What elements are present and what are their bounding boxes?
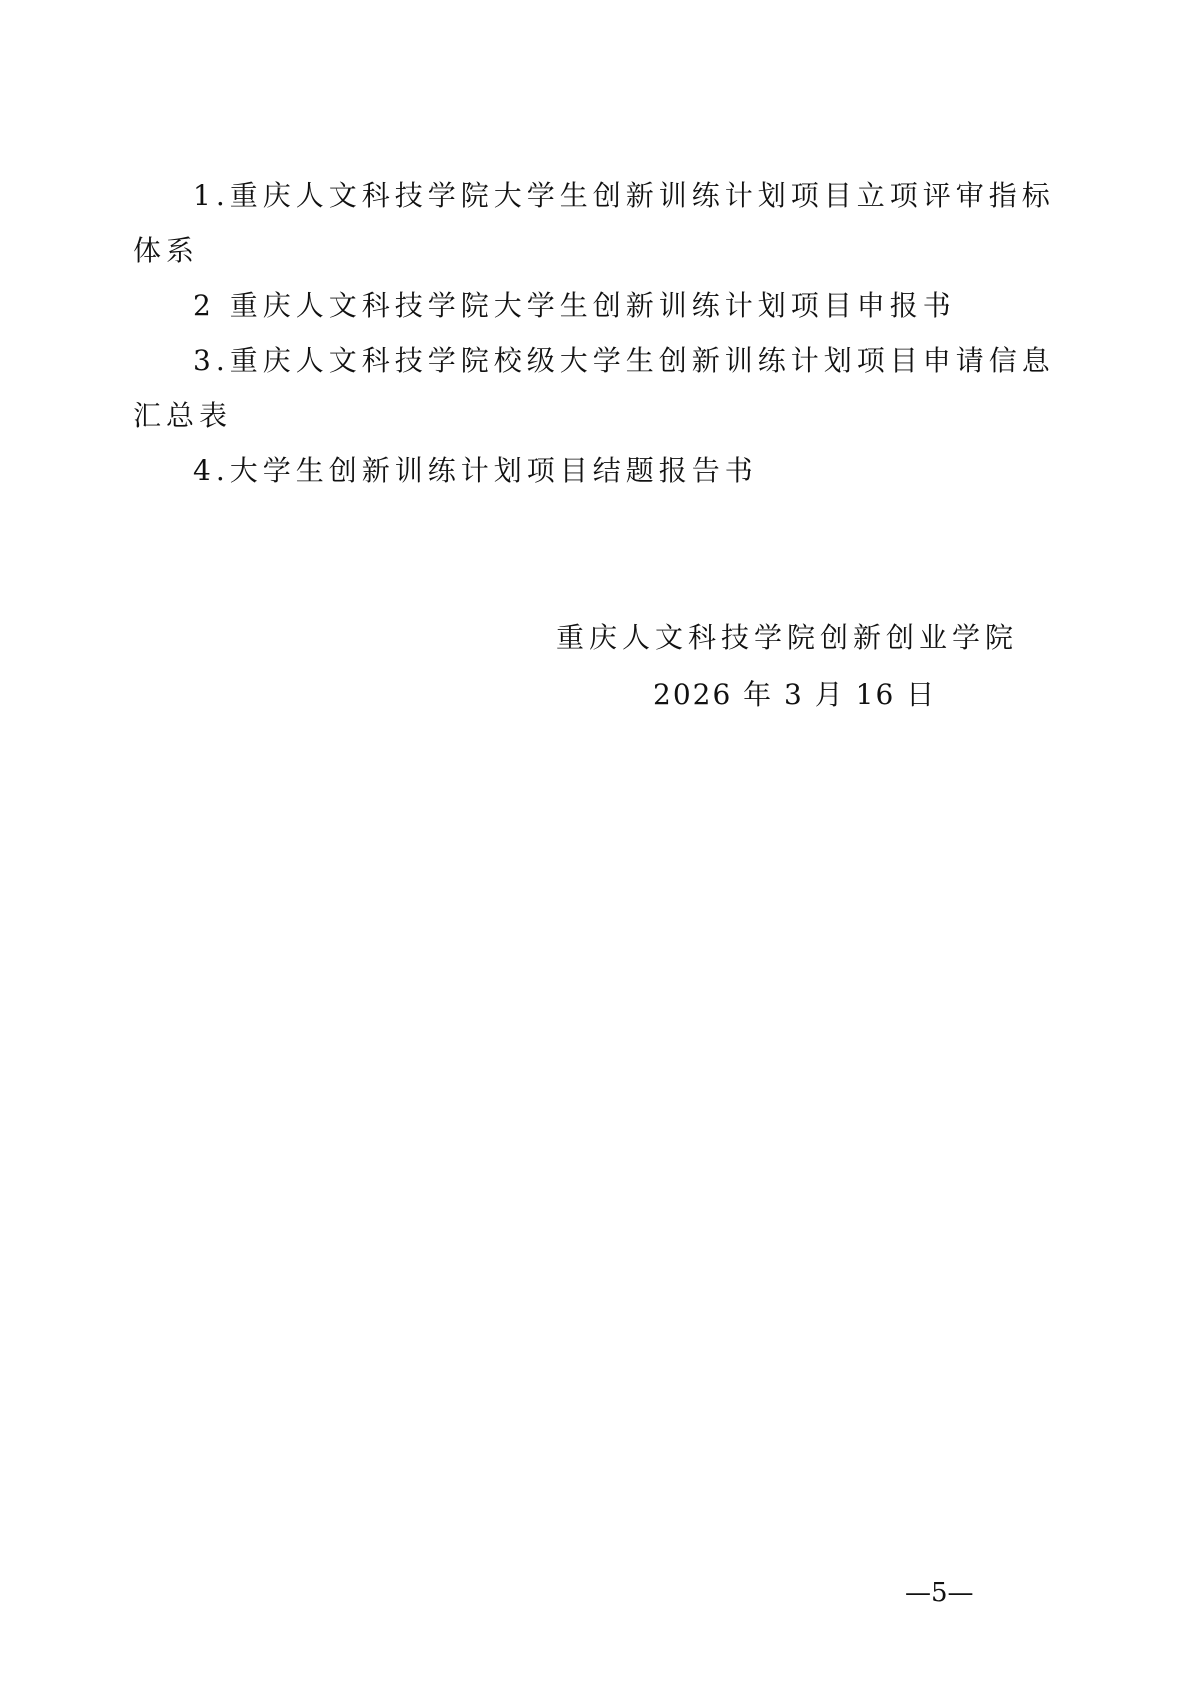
attachment-2: 2 重庆人文科技学院大学生创新训练计划项目申报书	[193, 288, 956, 324]
attachment-1-line1: 1.重庆人文科技学院大学生创新训练计划项目立项评审指标	[193, 178, 1055, 214]
attachment-1-line2: 体系	[133, 233, 199, 269]
attachment-3-line2: 汇总表	[133, 398, 232, 434]
attachment-4: 4.大学生创新训练计划项目结题报告书	[193, 453, 758, 489]
page-number: —5—	[905, 1578, 974, 1608]
signature-date: 2026 年 3 月 16 日	[653, 677, 936, 713]
attachment-3-line1: 3.重庆人文科技学院校级大学生创新训练计划项目申请信息	[193, 343, 1055, 379]
signature-organization: 重庆人文科技学院创新创业学院	[556, 620, 1018, 656]
